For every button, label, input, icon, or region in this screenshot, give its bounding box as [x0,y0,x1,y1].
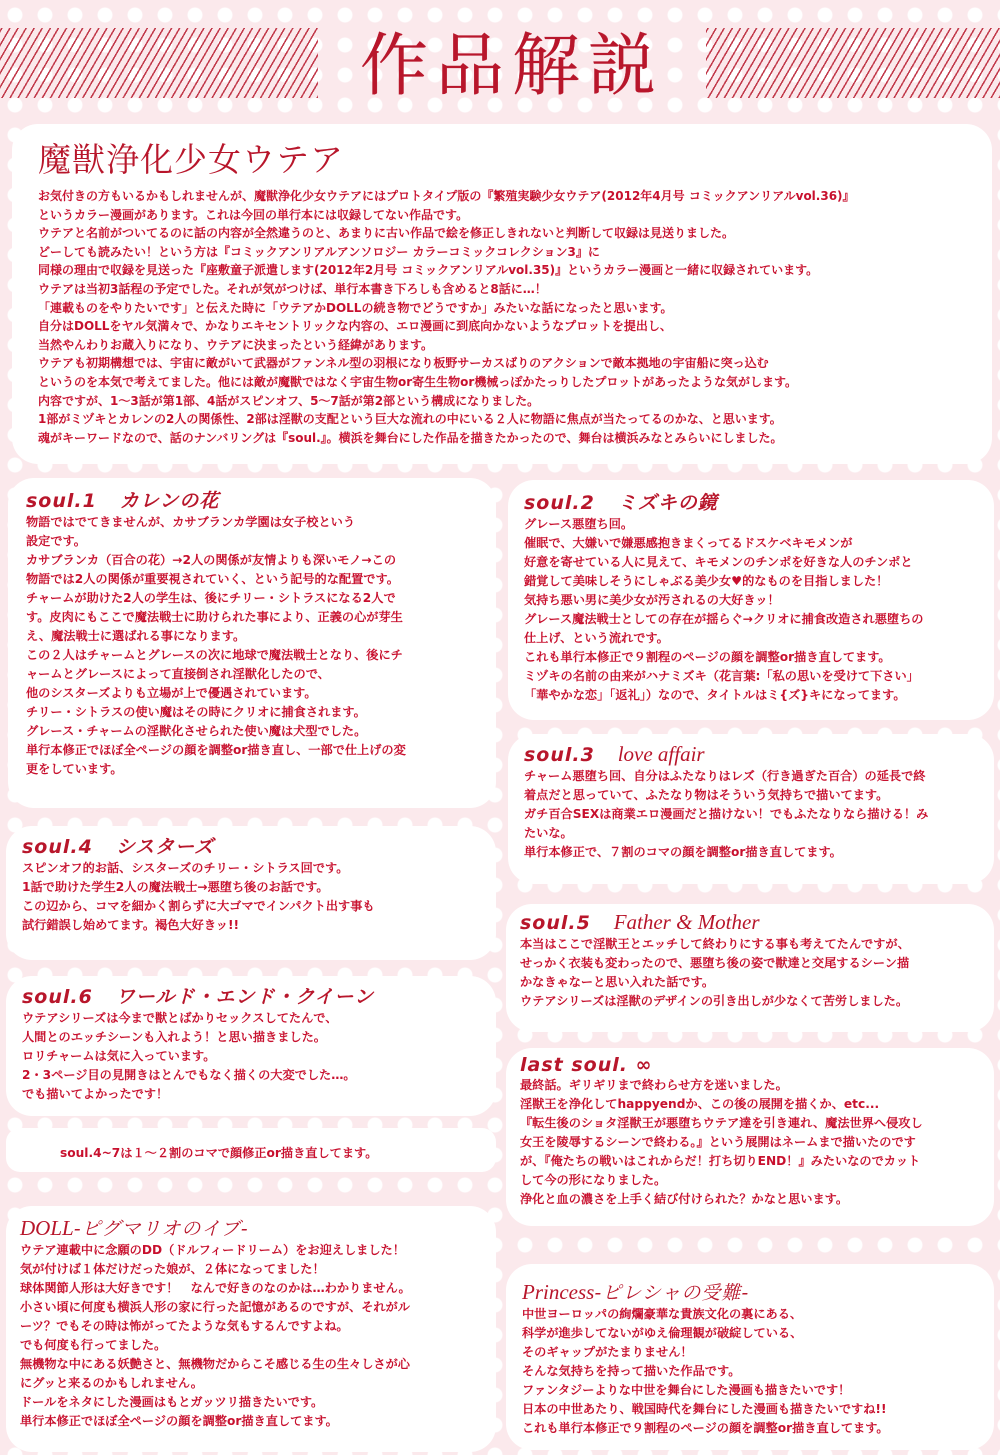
section-body: グレース悪堕ち回。 催眠で、大嫌いで嫌悪感抱きまくってるドスケベキモメンが 好意… [524,515,978,705]
series-title: 魔獣浄化少女ウテア [38,134,968,181]
intro-line: 魂がキーワードなので、話のナンバリングは『soul.』。横浜を舞台にした作品を描… [38,429,968,448]
page-header: 作品解説 [0,0,1000,118]
section-princess: Princess-ピレシャの受難- 中世ヨーロッパの絢爛豪華な貴族文化の裏にある… [506,1264,994,1450]
section-heading: DOLL-ピグマリオのイブ- [20,1214,482,1241]
intro-panel: 魔獣浄化少女ウテア お気付きの方もいるかもしれませんが、魔獣浄化少女ウテアにはプ… [12,124,992,464]
section-soul-3: soul.3 love affair チャーム悪堕ち回、自分はふたなりはレズ（行… [508,734,994,884]
intro-line: ウテアと名前がついてるのに話の内容が全然違うのと、あまりに古い作品で絵を修正しき… [38,224,968,243]
section-last-soul: last soul. ∞ 最終話。ギリギリまで終わらせ方を迷いました。 淫獣王を… [506,1048,994,1226]
intro-line: お気付きの方もいるかもしれませんが、魔獣浄化少女ウテアにはプロトタイプ版の『繁殖… [38,187,968,206]
section-soul-1: soul.1 カレンの花 物語ではでてきませんが、カサブランカ学園は女子校という… [8,478,496,808]
intro-line: 当然やんわりお蔵入りになり、ウテアに決まったという経緯があります。 [38,336,968,355]
section-soul-5: soul.5 Father & Mother 本当はここで淫獣王とエッチして終わ… [506,904,994,1032]
section-heading: last soul. ∞ [520,1054,980,1076]
intro-line: 同様の理由で収録を見送った『座敷童子派遣します(2012年2月号 コミックアンリ… [38,261,968,280]
section-body: ウテアシリーズは今まで獣とばかりセックスしてたんで、 人間とのエッチシーンも入れ… [22,1009,480,1104]
section-heading: Princess-ピレシャの受難- [522,1278,978,1305]
intro-line: ウテアは当初3話程の予定でした。それが気がつけば、単行本書き下ろしも含めると8話… [38,280,968,299]
intro-line: 内容ですが、1〜3話が第1部、4話がスピンオフ、5〜7話が第2部という構成になり… [38,392,968,411]
section-body: チャーム悪堕ち回、自分はふたなりはレズ（行き過ぎた百合）の延長で終 着点だと思っ… [524,767,978,862]
intro-line: 自分はDOLLをヤル気満々で、かなりエキセントリックな内容の、エロ漫画に到底向か… [38,317,968,336]
section-heading: soul.6 ワールド・エンド・クイーン [22,982,480,1009]
section-soul-4: soul.4 シスターズ スピンオフ的お話、シスターズのチリー・シトラス回です。… [6,826,496,960]
section-soul-2: soul.2 ミズキの鏡 グレース悪堕ち回。 催眠で、大嫌いで嫌悪感抱きまくって… [508,480,994,720]
section-soul-6: soul.6 ワールド・エンド・クイーン ウテアシリーズは今まで獣とばかりセック… [6,976,496,1116]
page-title-box: 作品解説 [322,10,702,110]
section-heading: soul.3 love affair [524,742,978,767]
intro-line: どーしても読みたい！という方は『コミックアンリアルアンソロジー カラーコミックコ… [38,243,968,262]
note-panel: soul.4~7は１〜２割のコマで顔修正or描き直してます。 [6,1128,496,1172]
section-doll: DOLL-ピグマリオのイブ- ウテア連載中に念願のDD（ドルフィードリーム）をお… [6,1206,496,1452]
section-body: 本当はここで淫獣王とエッチして終わりにする事も考えてたんですが、 せっかく衣装も… [520,935,980,1011]
section-body: ウテア連載中に念願のDD（ドルフィードリーム）をお迎えしました！ 気が付けば１体… [20,1241,482,1431]
section-body: スピンオフ的お話、シスターズのチリー・シトラス回です。 1話で助けた学生2人の魔… [22,859,480,935]
decorative-stripes-right [706,28,1000,98]
section-body: 物語ではでてきませんが、カサブランカ学園は女子校という 設定です。 カサブランカ… [26,513,478,779]
page-title: 作品解説 [360,12,664,109]
intro-line: というカラー漫画があります。これは今回の単行本には収録してない作品です。 [38,206,968,225]
section-heading: soul.4 シスターズ [22,832,480,859]
section-heading: soul.1 カレンの花 [26,486,478,513]
intro-line: 1部がミヅキとカレンの2人の関係性、2部は淫獣の支配という巨大な流れの中にいる２… [38,410,968,429]
retouch-note: soul.4~7は１〜２割のコマで顔修正or描き直してます。 [60,1146,377,1160]
intro-line: 「連載ものをやりたいです」と伝えた時に「ウテアかDOLLの続き物でどうですか」み… [38,299,968,318]
section-body: 最終話。ギリギリまで終わらせ方を迷いました。 淫獣王を浄化してhappyendか… [520,1076,980,1209]
decorative-stripes-left [0,28,318,98]
section-heading: soul.5 Father & Mother [520,910,980,935]
intro-line: というのを本気で考えてました。他には敵が魔獣ではなく宇宙生物or寄生生物or機械… [38,373,968,392]
section-heading: soul.2 ミズキの鏡 [524,488,978,515]
section-body: 中世ヨーロッパの絢爛豪華な貴族文化の裏にある、 科学が進歩してないがゆえ倫理観が… [522,1305,978,1438]
intro-line: ウテアも初期構想では、宇宙に敵がいて武器がファンネル型の羽根になり板野サーカスば… [38,354,968,373]
